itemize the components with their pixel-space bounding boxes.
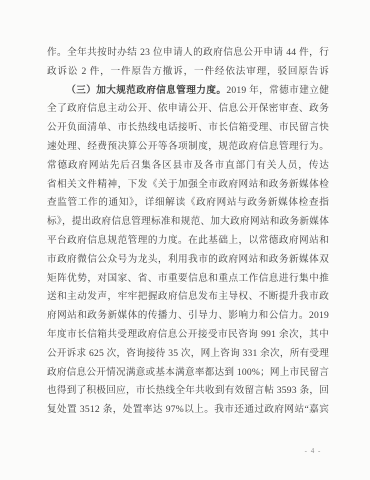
text-line-section-start: （三）加大规范政府信息管理力度。2019 年，常德市建立健	[47, 82, 329, 101]
text-line: 政府信息公开情况满意或基本满意率都达到 100%；网上市民留言	[47, 364, 329, 383]
text-line: 市政府微信公众号为龙头，利用我市的政府网站和政务新媒体双	[47, 251, 329, 270]
text-line: 作。全年共按时办结 23 位申请人的政府信息公开申请 44 件，行	[47, 44, 329, 63]
document-text-block: 作。全年共按时办结 23 位申请人的政府信息公开申请 44 件，行 政诉讼 2 …	[47, 44, 329, 420]
text-line: 复处置 3512 条，处置率达 97%以上。我市还通过政府网站“嘉宾	[47, 401, 329, 420]
text-line: 公开诉求 625 次，咨询接待 35 次，网上咨询 331 余次，所有受理	[47, 345, 329, 364]
text-line: 全了政府信息主动公开、依申请公开、信息公开保密审查、政务	[47, 100, 329, 119]
text-line: 平台政府信息规范管理的力度。在此基础上，以常德政府网站和	[47, 232, 329, 251]
text-line: 矩阵优势，对国家、省、市重要信息和重点工作信息进行集中推	[47, 270, 329, 289]
page-number: - 4 -	[288, 447, 338, 455]
text-line: 速处理、经费预决算公开等各项制度，规范政府信息管理行为。	[47, 138, 329, 157]
text-line: 送和主动发声，牢牢把握政府信息发布主导权、不断提升我市政	[47, 288, 329, 307]
section-heading-rest: 2019 年，常德市建立健	[226, 85, 329, 96]
text-line: 政诉讼 2 件，一件原告方撤诉，一件经依法审理，驳回原告诉讼。	[47, 63, 329, 82]
text-line: 也得到了积极回应，市长热线全年共收到有效留言帖 3593 条，回	[47, 382, 329, 401]
text-line: 查监管工作的通知》，详细解读《政府网站与政务新媒体检查指	[47, 194, 329, 213]
section-heading: （三）加大规范政府信息管理力度。	[66, 85, 226, 96]
text-line: 年度市长信箱共受理政府信息公开接受市民咨询 991 余次，其中	[47, 326, 329, 345]
text-line: 省相关文件精神，下发《关于加强全市政府网站和政务新媒体检	[47, 176, 329, 195]
text-line: 公开负面清单、市长热线电话接听、市长信箱受理、市民留言快	[47, 119, 329, 138]
text-line: 常德政府网站先后召集各区县市及各市直部门有关人员，传达国、	[47, 157, 329, 176]
document-page: 作。全年共按时办结 23 位申请人的政府信息公开申请 44 件，行 政诉讼 2 …	[0, 0, 370, 480]
text-line: 府网站和政务新媒体的传播力、引导力、影响力和公信力。2019	[47, 307, 329, 326]
text-line: 标》，提出政府信息管理标准和规范、加大政府网站和政务新媒体	[47, 213, 329, 232]
